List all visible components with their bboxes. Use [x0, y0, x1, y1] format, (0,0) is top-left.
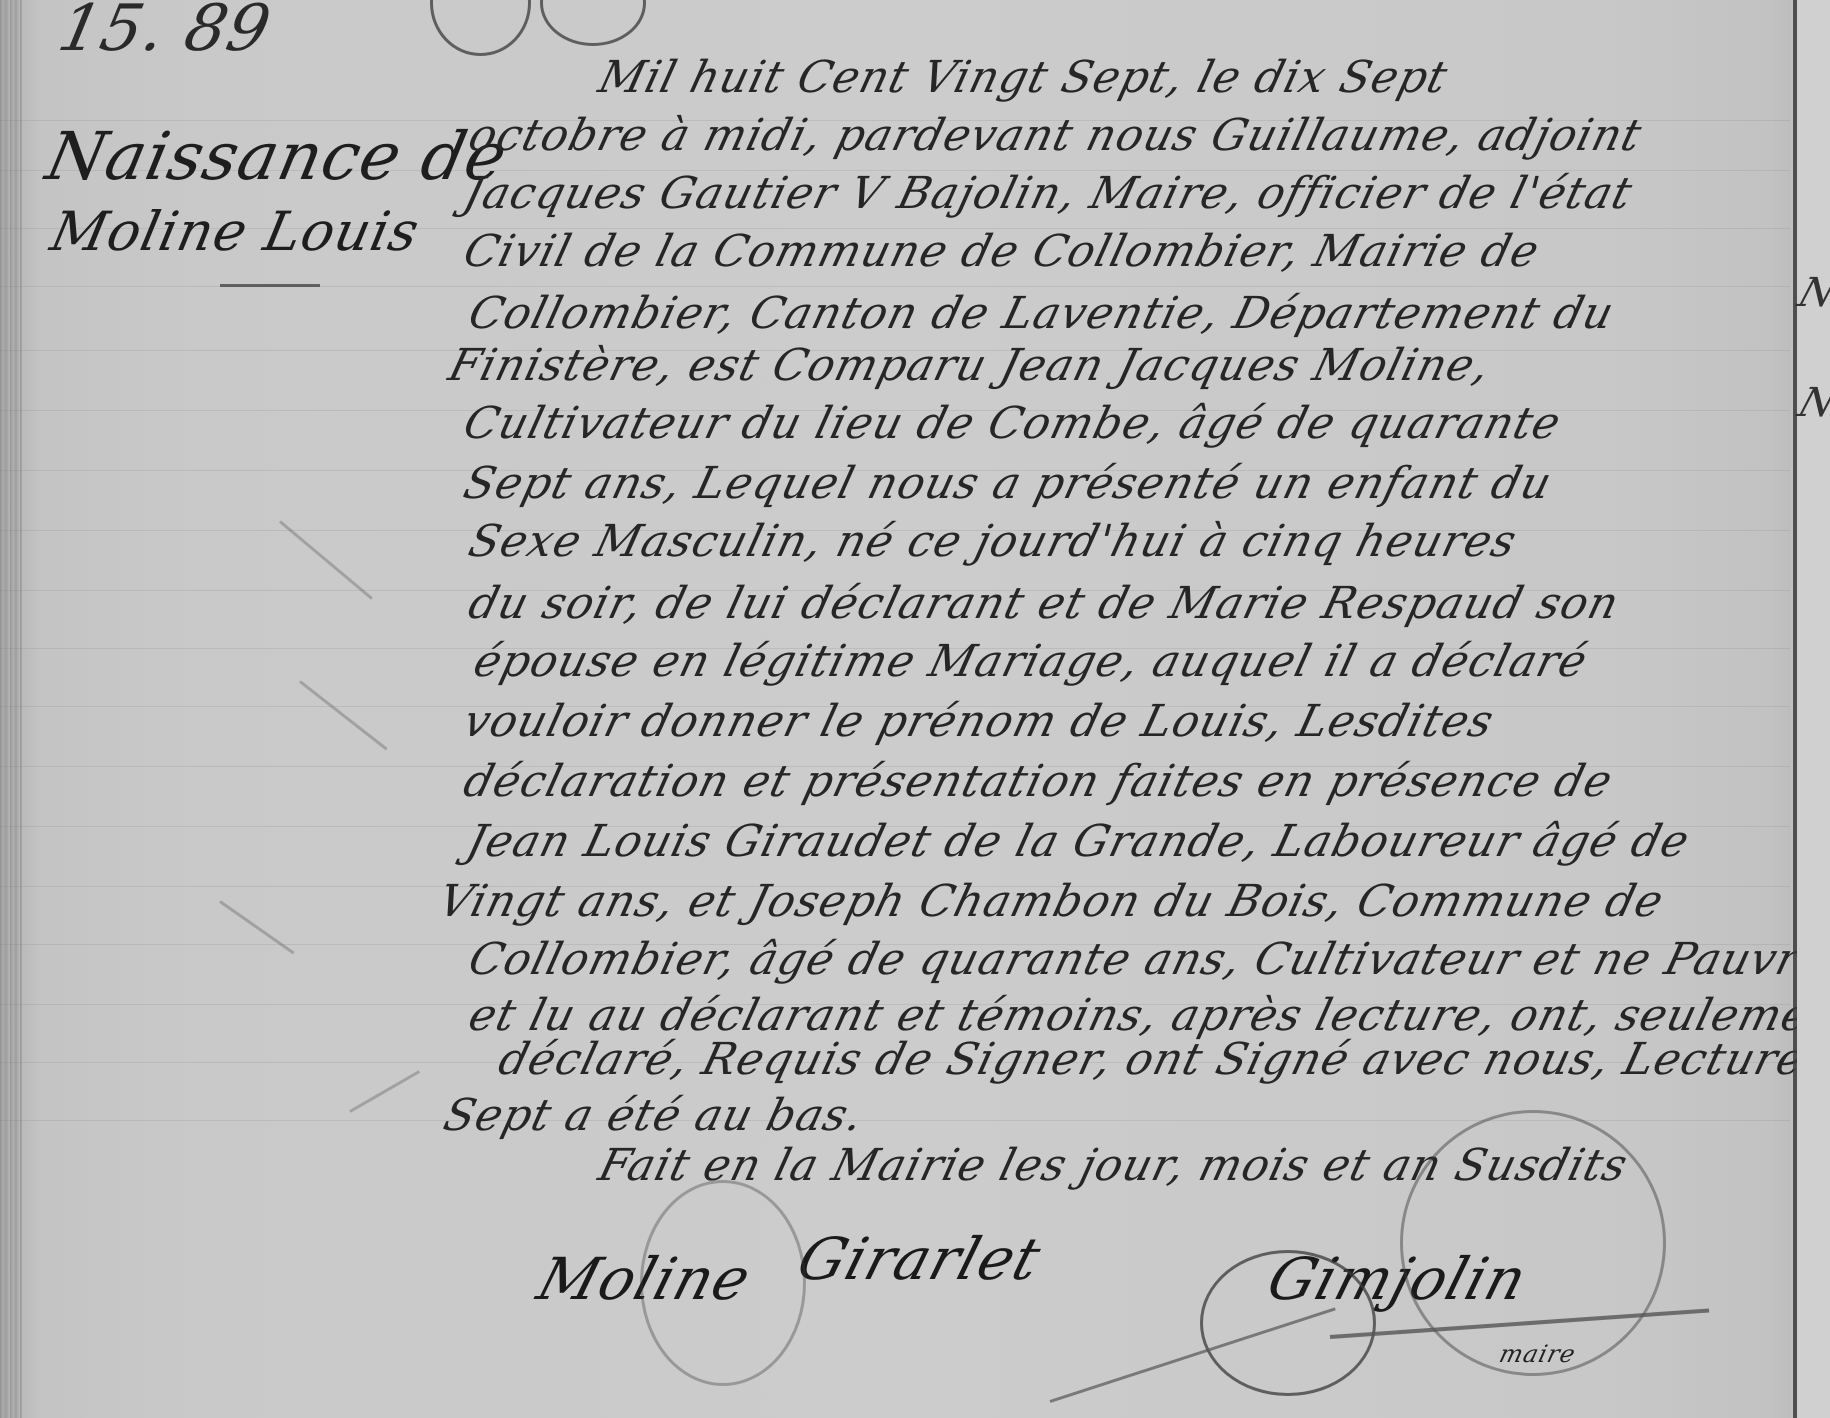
bleed-through-mark	[349, 1070, 420, 1113]
body-line-7: Cultivateur du lieu de Combe, âgé de qua…	[459, 398, 1567, 449]
margin-title: Naissance de	[40, 118, 514, 195]
flourish-oval	[540, 0, 646, 46]
margin-underline	[220, 284, 320, 287]
body-line-14: Jean Louis Giraudet de la Grande, Labour…	[462, 816, 1695, 867]
signature-flourish	[1400, 1110, 1666, 1376]
signature-witness: Girarlet	[790, 1225, 1049, 1293]
body-line-12: vouloir donner le prénom de Louis, Lesdi…	[459, 696, 1500, 747]
body-line-1: Mil huit Cent Vingt Sept, le dix Sept	[594, 52, 1453, 103]
body-line-5: Collombier, Canton de Laventie, Départem…	[464, 288, 1620, 339]
signature-flourish	[640, 1180, 806, 1386]
body-line-8: Sept ans, Lequel nous a présenté un enfa…	[459, 458, 1558, 509]
body-line-4: Civil de la Commune de Collombier, Mairi…	[459, 226, 1545, 277]
binding-edge	[0, 0, 22, 1418]
bleed-through-mark	[279, 520, 373, 599]
body-line-11: épouse en légitime Mariage, auquel il a …	[469, 636, 1593, 687]
body-line-9: Sexe Masculin, né ce jourd'hui à cinq he…	[464, 516, 1522, 567]
body-line-10: du soir, de lui déclarant et de Marie Re…	[464, 578, 1625, 629]
bleed-through-mark	[299, 680, 388, 750]
entry-number: 15. 89	[52, 0, 277, 66]
flourish-oval	[430, 0, 531, 56]
body-line-16: Collombier, âgé de quarante ans, Cultiva…	[464, 934, 1830, 985]
body-line-6: Finistère, est Comparu Jean Jacques Moli…	[444, 340, 1496, 391]
scanned-register-page: 15. 89 Naissance de Moline Louis Mil hui…	[0, 0, 1830, 1418]
body-line-15: Vingt ans, et Joseph Chambon du Bois, Co…	[434, 876, 1669, 927]
bleed-through-mark	[219, 900, 294, 954]
adjacent-page-edge	[1797, 0, 1830, 1418]
body-line-2: octobre à midi, pardevant nous Guillaume…	[464, 110, 1648, 161]
body-line-13: déclaration et présentation faites en pr…	[459, 756, 1618, 807]
body-line-3: Jacques Gautier V Bajolin, Maire, offici…	[459, 168, 1638, 219]
body-line-19: Sept a été au bas.	[439, 1090, 869, 1141]
body-line-18: déclaré, Requis de Signer, ont Signé ave…	[494, 1034, 1830, 1085]
margin-name: Moline Louis	[45, 200, 425, 263]
